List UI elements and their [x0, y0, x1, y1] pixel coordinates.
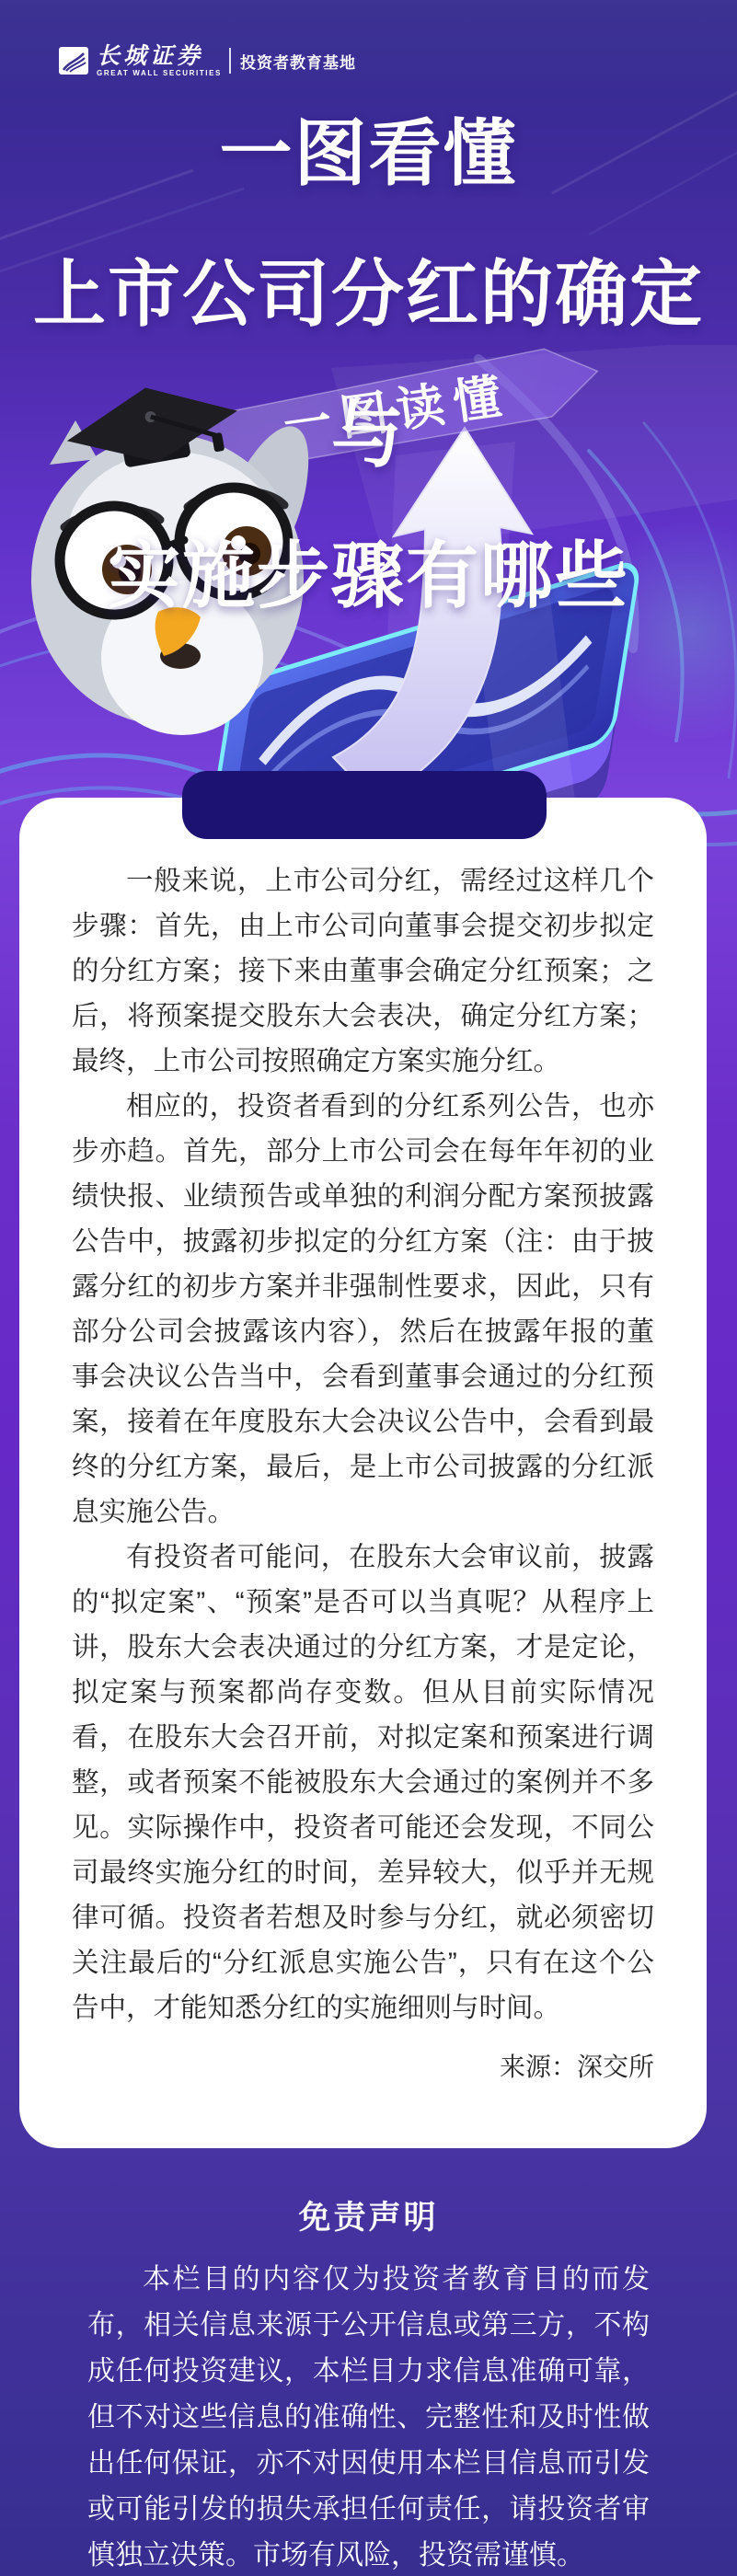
page-title-line1: 一图看懂 [0, 83, 737, 224]
page-title: 一图看懂 上市公司分红的确定与 实施步骤有哪些 [0, 83, 737, 646]
article-paragraph: 有投资者可能问，在股东大会审议前，披露的“拟定案”、“预案”是否可以当真呢？从程… [72, 1535, 654, 2030]
brand-name: 长城证券 [97, 44, 222, 67]
greatwall-logo-icon [59, 47, 88, 75]
page-title-line2: 上市公司分红的确定与 [0, 224, 737, 505]
poster: 长城证券 GREAT WALL SECURITIES 投资者教育基地 一图看懂 … [0, 0, 737, 2576]
source-credit: 来源：深交所 [72, 2047, 654, 2084]
article-paragraph: 一般来说，上市公司分红，需经过这样几个步骤：首先，由上市公司向董事会提交初步拟定… [72, 858, 654, 1084]
article-paragraph: 相应的，投资者看到的分红系列公告，也亦步亦趋。首先，部分上市公司会在每年年初的业… [72, 1084, 654, 1535]
disclaimer-section: 免责声明 本栏目的内容仅为投资者教育目的而发布，相关信息来源于公开信息或第三方，… [0, 2192, 737, 2576]
brand-text: 长城证券 GREAT WALL SECURITIES [97, 44, 222, 77]
brand-name-en: GREAT WALL SECURITIES [97, 70, 222, 77]
disclaimer-body: 本栏目的内容仅为投资者教育目的而发布，相关信息来源于公开信息或第三方，不构成任何… [87, 2257, 650, 2576]
page-title-line3: 实施步骤有哪些 [0, 505, 737, 646]
disclaimer-heading: 免责声明 [0, 2192, 737, 2238]
brand-header: 长城证券 GREAT WALL SECURITIES 投资者教育基地 [59, 44, 356, 77]
card-top-tab [182, 771, 547, 839]
brand-tagline: 投资者教育基地 [240, 50, 356, 73]
brand-divider [229, 48, 231, 74]
article-card: 一般来说，上市公司分红，需经过这样几个步骤：首先，由上市公司向董事会提交初步拟定… [19, 798, 707, 2148]
